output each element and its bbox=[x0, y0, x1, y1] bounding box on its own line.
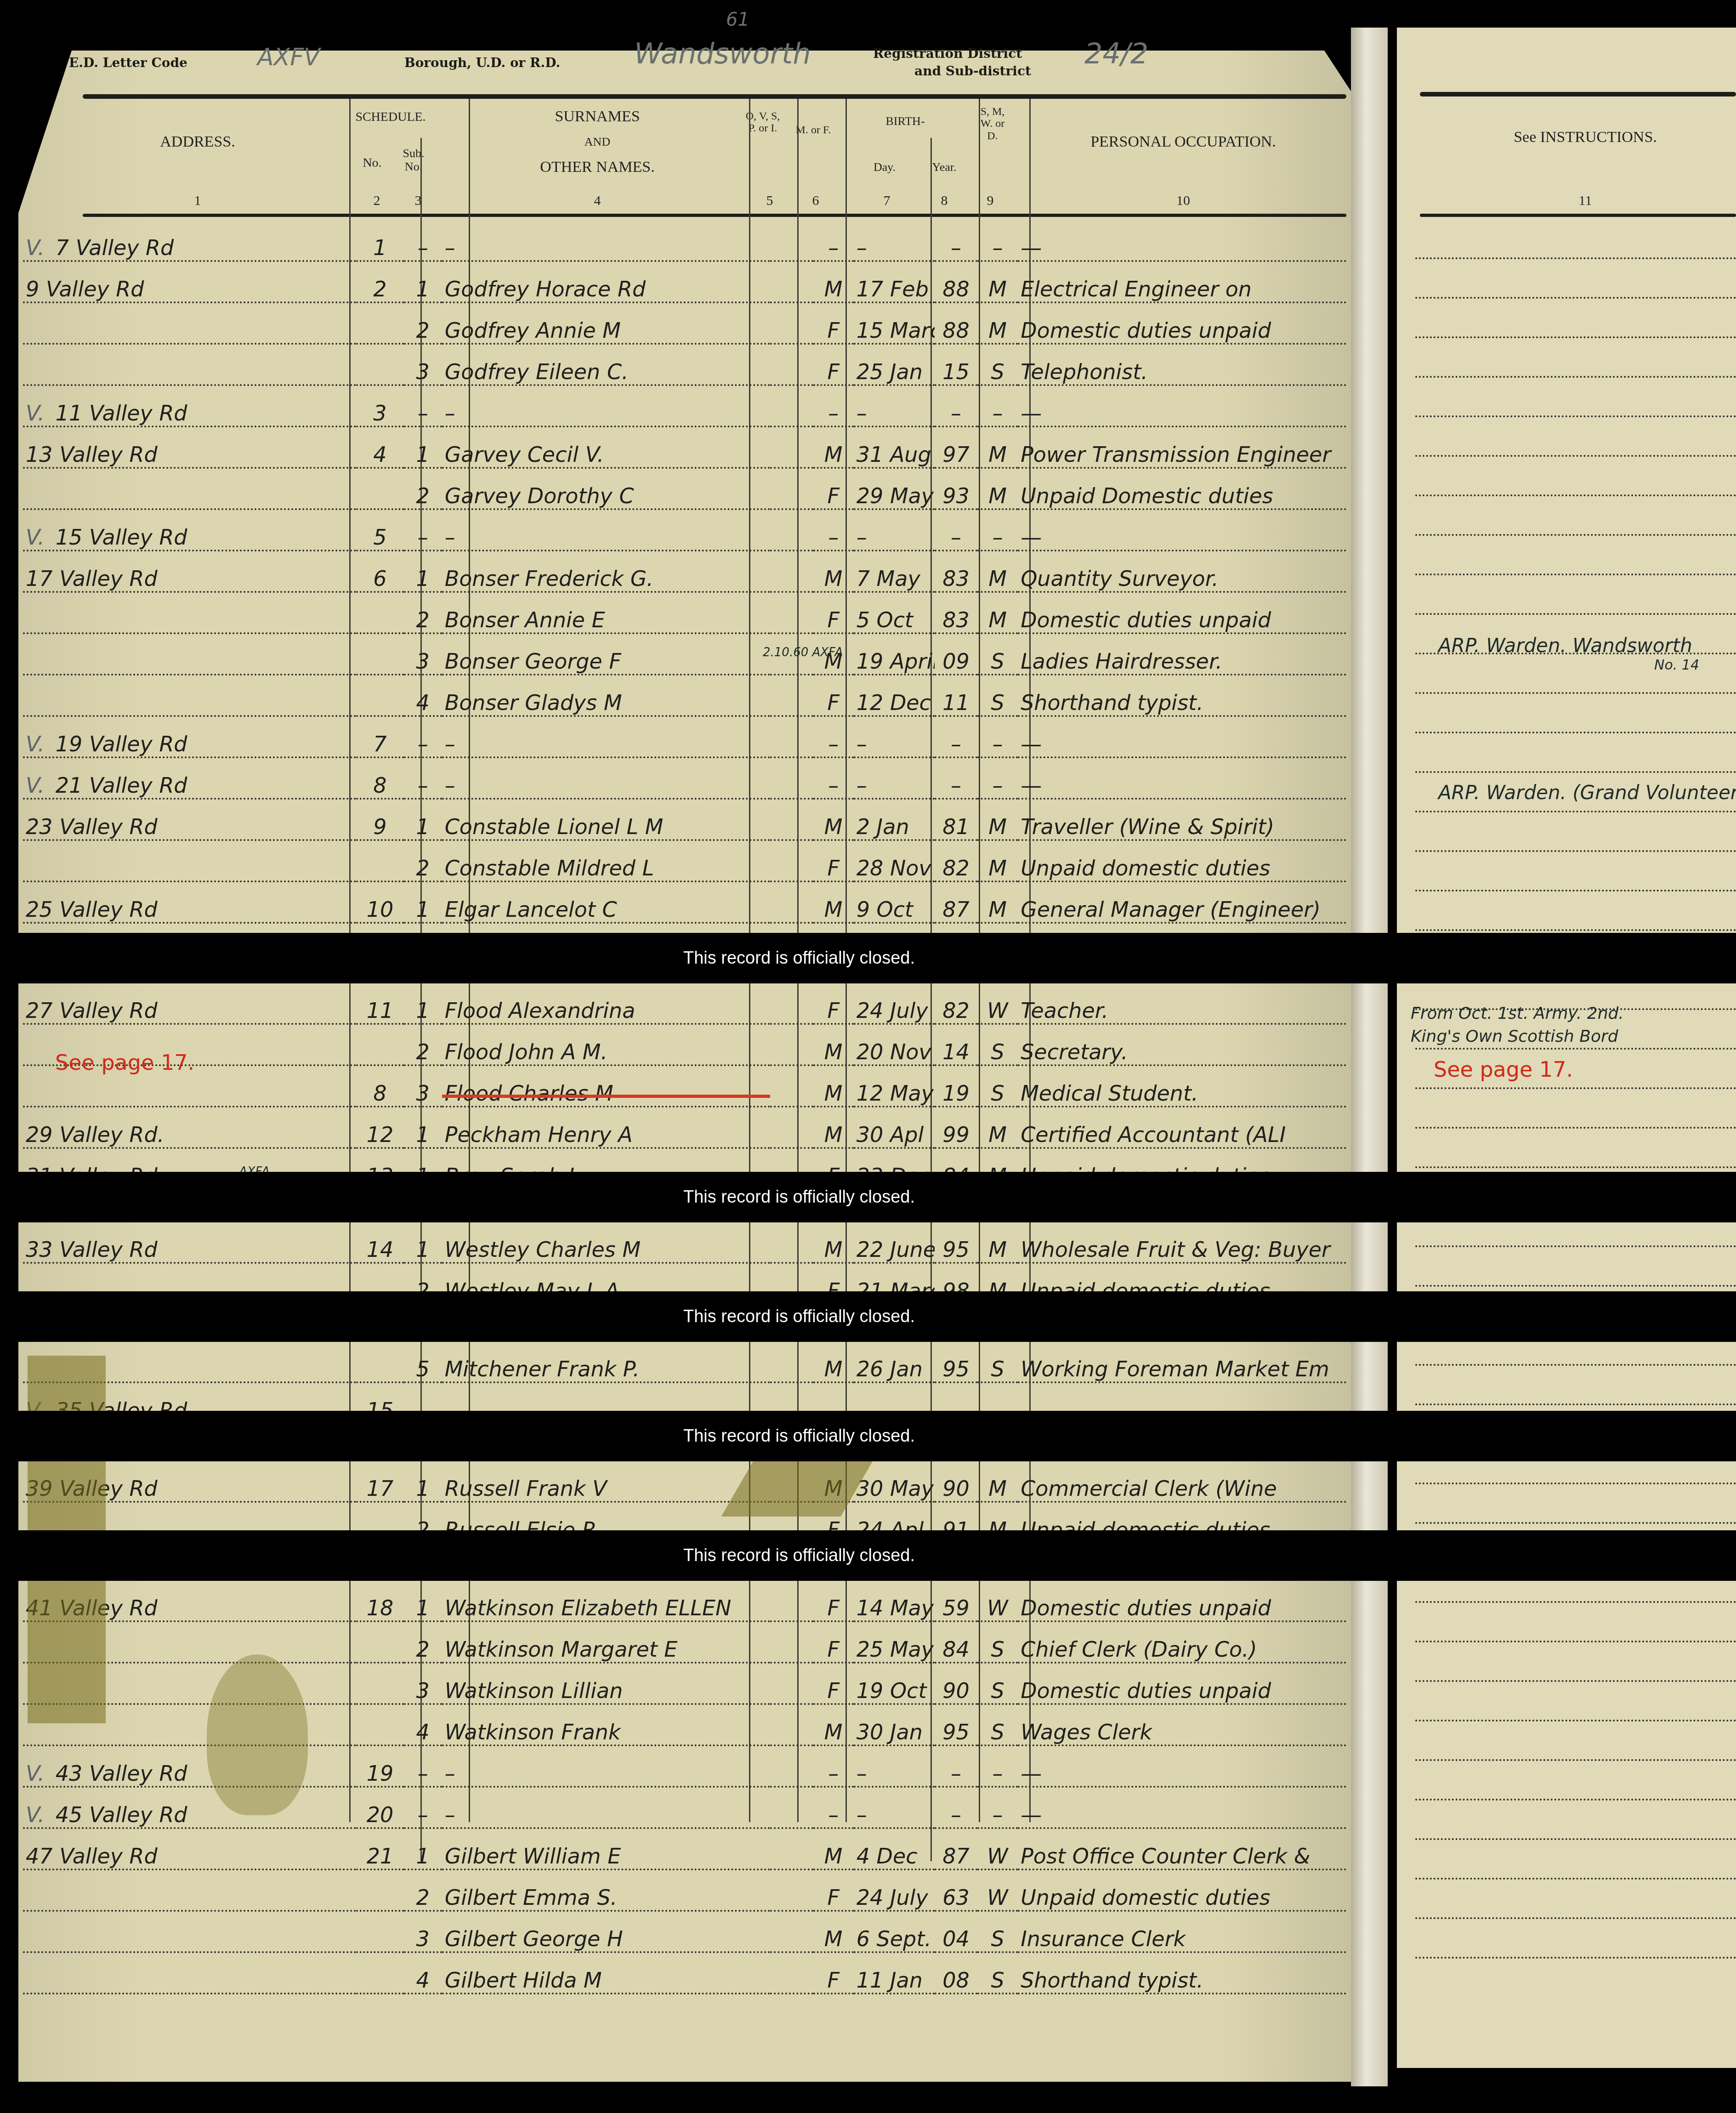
schedule-value: 11 bbox=[367, 998, 394, 1023]
cell-schedule bbox=[356, 1621, 404, 1663]
cell-sex: M bbox=[813, 551, 854, 592]
table-row: 25 Valley Rd101Elgar Lancelot CM9 Oct87M… bbox=[23, 881, 1346, 923]
ruled-line bbox=[1415, 1759, 1736, 1761]
col-schedule-no: No. bbox=[349, 156, 395, 170]
year-value: 87 bbox=[942, 897, 970, 922]
cell-sex: F bbox=[813, 983, 854, 1024]
cell-schedule bbox=[356, 592, 404, 633]
day-value: 25 Jan bbox=[857, 359, 923, 384]
condition-value: S bbox=[991, 1637, 1004, 1662]
day-value: 15 March bbox=[857, 318, 935, 343]
cell-occupation: — bbox=[1018, 509, 1346, 551]
cell-occupation: Power Transmission Engineer bbox=[1018, 426, 1346, 468]
cell-schedule: 19 bbox=[356, 1745, 404, 1787]
sex-value: – bbox=[828, 401, 839, 426]
cell-name: Russell Frank V bbox=[442, 1461, 771, 1502]
cell-name: Godfrey Horace Rd bbox=[442, 261, 771, 302]
day-value: – bbox=[857, 525, 867, 550]
cell-year: 08 bbox=[935, 1952, 977, 1994]
cell-occupation: Domestic duties unpaid bbox=[1018, 1581, 1346, 1621]
condition-value: M bbox=[988, 608, 1007, 632]
cell-address bbox=[23, 344, 356, 385]
cell-schedule: 17 bbox=[356, 1461, 404, 1502]
cell-occupation: Domestic duties unpaid bbox=[1018, 1663, 1346, 1704]
name-value: Constable Mildred L bbox=[445, 856, 654, 880]
cell-occupation: Commercial Clerk (Wine bbox=[1018, 1461, 1346, 1502]
sex-value: – bbox=[828, 1802, 839, 1827]
borough-label: Borough, U.D. or R.D. bbox=[404, 55, 560, 70]
cell-ovspi bbox=[770, 1952, 813, 1994]
cell-sub: 2 bbox=[404, 468, 442, 509]
table-row: 3Gilbert George HM6 Sept.04SInsurance Cl… bbox=[23, 1911, 1346, 1952]
sex-value: M bbox=[824, 566, 843, 591]
sex-value: F bbox=[827, 483, 839, 508]
cell-condition: S bbox=[977, 1663, 1018, 1704]
closed-record-bar: This record is officially closed. bbox=[0, 1411, 1736, 1461]
ruled-line bbox=[1415, 850, 1736, 852]
cell-schedule bbox=[356, 1952, 404, 1994]
cell-address bbox=[23, 675, 356, 716]
cell-sub: – bbox=[404, 1745, 442, 1787]
year-value: 99 bbox=[942, 1122, 970, 1147]
name-value: Godfrey Annie M bbox=[445, 318, 621, 343]
condition-value: M bbox=[988, 483, 1007, 508]
sub-value: – bbox=[418, 732, 428, 756]
cell-year: 19 bbox=[935, 1065, 977, 1107]
name-value: – bbox=[445, 732, 455, 756]
col-sex: M. or F. bbox=[795, 124, 832, 136]
occupation-value: — bbox=[1021, 525, 1042, 550]
name-value: Gilbert Hilda M bbox=[445, 1968, 602, 1993]
cell-condition: M bbox=[977, 840, 1018, 881]
col-num-3: 3 bbox=[404, 193, 432, 209]
cell-occupation: Unpaid domestic duties bbox=[1018, 840, 1346, 881]
cell-schedule: 20 bbox=[356, 1787, 404, 1828]
cell-schedule bbox=[356, 1911, 404, 1952]
cell-year: 11 bbox=[935, 675, 977, 716]
cell-schedule bbox=[356, 1704, 404, 1745]
annotation-flood-army-2: King's Own Scottish Bord bbox=[1411, 1027, 1618, 1046]
schedule-value: 17 bbox=[367, 1476, 394, 1501]
sex-value: F bbox=[827, 1678, 839, 1703]
day-value: 29 May bbox=[857, 483, 934, 508]
cell-name: Elgar Lancelot C bbox=[442, 881, 771, 923]
occupation-value: Traveller (Wine & Spirit) bbox=[1021, 814, 1274, 839]
registration-district-label: Registration District bbox=[873, 46, 1022, 61]
cell-day: 28 Nov bbox=[854, 840, 935, 881]
registration-district-value: 24/2 bbox=[1084, 37, 1148, 70]
table-row: V.11 Valley Rd3––––––— bbox=[23, 385, 1346, 426]
condition-value: M bbox=[988, 442, 1007, 467]
name-value: Watkinson Margaret E bbox=[445, 1637, 678, 1662]
table-row: 47 Valley Rd211Gilbert William EM4 Dec87… bbox=[23, 1828, 1346, 1869]
schedule-value: 7 bbox=[373, 732, 386, 756]
cell-year: 82 bbox=[935, 983, 977, 1024]
schedule-value: 10 bbox=[367, 897, 394, 922]
cell-condition: S bbox=[977, 1621, 1018, 1663]
occupation-value: Post Office Counter Clerk & bbox=[1021, 1844, 1311, 1869]
schedule-value: 12 bbox=[367, 1122, 394, 1147]
cell-ovspi bbox=[770, 344, 813, 385]
cell-ovspi bbox=[770, 1828, 813, 1869]
annotation-arp-warden-1b: No. 14 bbox=[1654, 657, 1699, 673]
condition-value: – bbox=[993, 525, 1003, 550]
sub-value: 2 bbox=[416, 318, 430, 343]
cell-address bbox=[23, 1869, 356, 1911]
condition-value: W bbox=[987, 1844, 1008, 1869]
col-num-7: 7 bbox=[855, 193, 919, 209]
cell-sub: 1 bbox=[404, 1828, 442, 1869]
day-value: 24 July bbox=[857, 998, 928, 1023]
occupation-value: Shorthand typist. bbox=[1021, 690, 1203, 715]
cell-sub: 1 bbox=[404, 1581, 442, 1621]
cell-sub: 4 bbox=[404, 1704, 442, 1745]
sub-value: 2 bbox=[416, 483, 430, 508]
ruled-line bbox=[1415, 376, 1736, 378]
cell-sub: – bbox=[404, 385, 442, 426]
cell-name: Watkinson Margaret E bbox=[442, 1621, 771, 1663]
name-value: Elgar Lancelot C bbox=[445, 897, 617, 922]
address-value: 29 Valley Rd. bbox=[26, 1122, 164, 1147]
cell-condition: W bbox=[977, 1581, 1018, 1621]
cell-year: 88 bbox=[935, 261, 977, 302]
year-value: 63 bbox=[942, 1885, 970, 1910]
cell-day: 30 Jan bbox=[854, 1704, 935, 1745]
cell-day: – bbox=[854, 1787, 935, 1828]
day-value: 12 May bbox=[857, 1081, 934, 1106]
day-value: 28 Nov bbox=[857, 856, 931, 880]
cell-condition: S bbox=[977, 1342, 1018, 1382]
cell-day: 30 Apl bbox=[854, 1107, 935, 1148]
sex-value: M bbox=[824, 1720, 843, 1744]
name-value: Russell Frank V bbox=[445, 1476, 607, 1501]
year-value: 88 bbox=[942, 277, 970, 301]
name-value: Godfrey Horace Rd bbox=[445, 277, 646, 301]
occupation-value: — bbox=[1021, 1761, 1042, 1786]
cell-occupation: Ladies Hairdresser. bbox=[1018, 633, 1346, 675]
cell-condition: S bbox=[977, 633, 1018, 675]
cell-name: Bonser George F bbox=[442, 633, 771, 675]
cell-sub: 3 bbox=[404, 1911, 442, 1952]
year-value: 19 bbox=[942, 1081, 970, 1106]
year-value: 97 bbox=[942, 442, 970, 467]
ruled-line bbox=[1415, 1601, 1736, 1603]
sub-value: 4 bbox=[416, 1720, 430, 1744]
col-num-11: 11 bbox=[1443, 193, 1728, 209]
table-row: 29 Valley Rd.121Peckham Henry AM30 Apl99… bbox=[23, 1107, 1346, 1148]
col-occupation: PERSONAL OCCUPATION. bbox=[1025, 133, 1342, 150]
schedule-value: 21 bbox=[367, 1844, 394, 1869]
cell-year: 87 bbox=[935, 1828, 977, 1869]
day-value: 7 May bbox=[857, 566, 920, 591]
cell-year: – bbox=[935, 221, 977, 261]
col-instructions: See INSTRUCTIONS. bbox=[1443, 129, 1728, 146]
cell-year: – bbox=[935, 757, 977, 799]
cell-ovspi bbox=[770, 840, 813, 881]
ruled-line bbox=[1415, 1720, 1736, 1721]
year-value: 84 bbox=[942, 1637, 970, 1662]
address-value: 27 Valley Rd bbox=[26, 998, 158, 1023]
cell-sex: M bbox=[813, 1024, 854, 1065]
cell-occupation: Traveller (Wine & Spirit) bbox=[1018, 799, 1346, 840]
cell-sex: F bbox=[813, 592, 854, 633]
col-birth: BIRTH- bbox=[845, 115, 965, 128]
address-value: 7 Valley Rd bbox=[56, 235, 174, 260]
day-value: 19 Oct bbox=[857, 1678, 927, 1703]
address-value: 21 Valley Rd bbox=[56, 773, 187, 798]
occupation-value: Wholesale Fruit & Veg: Buyer bbox=[1021, 1237, 1330, 1262]
year-value: 90 bbox=[942, 1678, 970, 1703]
vacant-mark: V. bbox=[26, 1802, 45, 1827]
table-row: 83Flood Charles MM12 May19SMedical Stude… bbox=[23, 1065, 1346, 1107]
condition-value: S bbox=[991, 1357, 1004, 1381]
occupation-value: Domestic duties unpaid bbox=[1021, 1596, 1271, 1620]
address-value: 9 Valley Rd bbox=[26, 277, 144, 301]
name-value: Watkinson Frank bbox=[445, 1720, 621, 1744]
cell-year: – bbox=[935, 1787, 977, 1828]
day-value: 25 May bbox=[857, 1637, 934, 1662]
sub-value: 2 bbox=[416, 1637, 430, 1662]
ruled-line bbox=[1415, 1087, 1736, 1089]
cell-name: Watkinson Lillian bbox=[442, 1663, 771, 1704]
year-value: 11 bbox=[942, 690, 970, 715]
cell-name: Watkinson Frank bbox=[442, 1704, 771, 1745]
ruled-line bbox=[1415, 1838, 1736, 1840]
cell-name: – bbox=[442, 1787, 771, 1828]
cell-sex: F bbox=[813, 1952, 854, 1994]
year-value: 93 bbox=[942, 483, 970, 508]
cell-name: – bbox=[442, 221, 771, 261]
sex-value: M bbox=[824, 277, 843, 301]
cell-year: 99 bbox=[935, 1107, 977, 1148]
year-value: – bbox=[951, 1761, 961, 1786]
ruled-line bbox=[1415, 1364, 1736, 1366]
cell-ovspi bbox=[770, 881, 813, 923]
cell-sub: 2 bbox=[404, 1024, 442, 1065]
condition-value: – bbox=[993, 235, 1003, 260]
cell-sex: F bbox=[813, 302, 854, 344]
cell-address bbox=[23, 633, 356, 675]
cell-sex: – bbox=[813, 509, 854, 551]
table-row: 39 Valley Rd171Russell Frank VM30 May90M… bbox=[23, 1461, 1346, 1502]
annotation-arp-warden-2: ARP. Warden. (Grand Volunteer) bbox=[1438, 781, 1736, 804]
cell-condition: M bbox=[977, 302, 1018, 344]
cell-name: – bbox=[442, 1745, 771, 1787]
sub-value: 1 bbox=[416, 1237, 430, 1262]
cell-day: 19 Oct bbox=[854, 1663, 935, 1704]
cell-condition: S bbox=[977, 1911, 1018, 1952]
cell-ovspi bbox=[770, 261, 813, 302]
cell-sub: 1 bbox=[404, 261, 442, 302]
condition-value: M bbox=[988, 1237, 1007, 1262]
cell-sub: 1 bbox=[404, 1222, 442, 1263]
cell-sex: M bbox=[813, 426, 854, 468]
vacant-mark: V. bbox=[26, 773, 45, 798]
cell-ovspi bbox=[770, 509, 813, 551]
day-value: 5 Oct bbox=[857, 608, 913, 632]
condition-value: M bbox=[988, 318, 1007, 343]
col-num-8: 8 bbox=[928, 193, 960, 209]
sub-value: – bbox=[418, 1802, 428, 1827]
cell-condition: M bbox=[977, 592, 1018, 633]
day-value: 20 Nov bbox=[857, 1039, 931, 1064]
day-value: 30 Jan bbox=[857, 1720, 923, 1744]
address-value: 11 Valley Rd bbox=[56, 401, 187, 426]
ruled-line bbox=[1415, 574, 1736, 575]
ruled-line bbox=[1415, 415, 1736, 417]
cell-condition: M bbox=[977, 1222, 1018, 1263]
cell-condition: W bbox=[977, 1869, 1018, 1911]
condition-value: M bbox=[988, 856, 1007, 880]
cell-ovspi bbox=[770, 1621, 813, 1663]
cell-day: – bbox=[854, 509, 935, 551]
cell-sex: – bbox=[813, 716, 854, 757]
table-row: 2Gilbert Emma S.F24 July63WUnpaid domest… bbox=[23, 1869, 1346, 1911]
table-row: 2Garvey Dorothy CF29 May93MUnpaid Domest… bbox=[23, 468, 1346, 509]
sub-value: 4 bbox=[416, 1968, 430, 1993]
cell-occupation: — bbox=[1018, 1745, 1346, 1787]
header-rule bbox=[83, 94, 1346, 99]
cell-name: Gilbert William E bbox=[442, 1828, 771, 1869]
address-value: 17 Valley Rd bbox=[26, 566, 158, 591]
cell-occupation: — bbox=[1018, 1787, 1346, 1828]
sex-value: M bbox=[824, 1844, 843, 1869]
cell-ovspi bbox=[770, 1065, 813, 1107]
sex-value: F bbox=[827, 1968, 839, 1993]
col-schedule: SCHEDULE. bbox=[349, 110, 432, 125]
address-value: 19 Valley Rd bbox=[56, 732, 187, 756]
cell-sex: – bbox=[813, 385, 854, 426]
cell-address: 9 Valley Rd bbox=[23, 261, 356, 302]
cell-year: 93 bbox=[935, 468, 977, 509]
day-value: 14 May bbox=[857, 1596, 934, 1620]
closed-record-label: This record is officially closed. bbox=[683, 1426, 915, 1446]
occupation-value: Shorthand typist. bbox=[1021, 1968, 1203, 1993]
cell-schedule: 14 bbox=[356, 1222, 404, 1263]
occupation-value: Working Foreman Market Em bbox=[1021, 1357, 1329, 1381]
day-value: – bbox=[857, 401, 867, 426]
sub-value: 1 bbox=[416, 814, 430, 839]
cell-day: – bbox=[854, 385, 935, 426]
condition-value: – bbox=[993, 773, 1003, 798]
cell-ovspi bbox=[770, 426, 813, 468]
cell-sub: – bbox=[404, 716, 442, 757]
sex-value: F bbox=[827, 1596, 839, 1620]
occupation-value: Telephonist. bbox=[1021, 359, 1148, 384]
column-number-rule bbox=[83, 214, 1346, 217]
cell-name: Bonser Frederick G. bbox=[442, 551, 771, 592]
cell-ovspi bbox=[770, 1745, 813, 1787]
name-value: Westley Charles M bbox=[445, 1237, 641, 1262]
cell-day: 12 May bbox=[854, 1065, 935, 1107]
name-value: Peckham Henry A bbox=[445, 1122, 633, 1147]
ruled-line bbox=[1415, 1522, 1736, 1524]
cell-occupation: Domestic duties unpaid bbox=[1018, 302, 1346, 344]
cell-year: 82 bbox=[935, 840, 977, 881]
cell-address: V.11 Valley Rd bbox=[23, 385, 356, 426]
table-row: 33 Valley Rd141Westley Charles MM22 June… bbox=[23, 1222, 1346, 1263]
condition-value: S bbox=[991, 1081, 1004, 1106]
year-value: 95 bbox=[942, 1720, 970, 1744]
cell-occupation: Wages Clerk bbox=[1018, 1704, 1346, 1745]
address-value: 33 Valley Rd bbox=[26, 1237, 158, 1262]
address-value: 15 Valley Rd bbox=[56, 525, 187, 550]
cell-year: 14 bbox=[935, 1024, 977, 1065]
cell-schedule: 8 bbox=[356, 757, 404, 799]
cell-condition: W bbox=[977, 983, 1018, 1024]
condition-value: – bbox=[993, 1802, 1003, 1827]
schedule-value: 9 bbox=[373, 814, 386, 839]
col-birth-day: Day. bbox=[845, 161, 924, 174]
name-value: Flood Charles M bbox=[445, 1081, 613, 1106]
cell-occupation: Unpaid domestic duties bbox=[1018, 1869, 1346, 1911]
annotation-see-page-right: See page 17. bbox=[1434, 1057, 1573, 1082]
cell-condition: – bbox=[977, 1745, 1018, 1787]
cell-name: – bbox=[442, 509, 771, 551]
cell-ovspi bbox=[770, 302, 813, 344]
cell-sub: 1 bbox=[404, 1107, 442, 1148]
table-row: 9 Valley Rd21Godfrey Horace RdM17 Feb88M… bbox=[23, 261, 1346, 302]
cell-condition: M bbox=[977, 468, 1018, 509]
name-value: Gilbert William E bbox=[445, 1844, 621, 1869]
sub-value: 2 bbox=[416, 1039, 430, 1064]
condition-value: M bbox=[988, 1476, 1007, 1501]
schedule-value: 5 bbox=[373, 525, 386, 550]
cell-year: 95 bbox=[935, 1222, 977, 1263]
cell-sub: – bbox=[404, 221, 442, 261]
occupation-value: Insurance Clerk bbox=[1021, 1926, 1186, 1951]
year-value: 82 bbox=[942, 998, 970, 1023]
table-row: 3Bonser George FM19 April09SLadies Haird… bbox=[23, 633, 1346, 675]
ed-letter-code-value: AXFV bbox=[257, 44, 320, 71]
sex-value: – bbox=[828, 773, 839, 798]
name-value: – bbox=[445, 235, 455, 260]
vacant-mark: V. bbox=[26, 401, 45, 426]
year-value: 59 bbox=[942, 1596, 970, 1620]
sub-value: 1 bbox=[416, 1596, 430, 1620]
col-num-5: 5 bbox=[754, 193, 786, 209]
condition-value: S bbox=[991, 1926, 1004, 1951]
cell-schedule: 21 bbox=[356, 1828, 404, 1869]
cell-day: 24 July bbox=[854, 1869, 935, 1911]
closed-record-bar: This record is officially closed. bbox=[0, 1530, 1736, 1581]
cell-schedule: 10 bbox=[356, 881, 404, 923]
year-value: 81 bbox=[942, 814, 970, 839]
year-value: – bbox=[951, 401, 961, 426]
cell-sub: 5 bbox=[404, 1342, 442, 1382]
table-row: 5Mitchener Frank P.M26 Jan95SWorking For… bbox=[23, 1342, 1346, 1382]
name-value: Garvey Cecil V. bbox=[445, 442, 604, 467]
occupation-value: Domestic duties unpaid bbox=[1021, 318, 1271, 343]
cell-day: 29 May bbox=[854, 468, 935, 509]
occupation-value: Quantity Surveyor. bbox=[1021, 566, 1219, 591]
ruled-line bbox=[1415, 692, 1736, 694]
cell-address bbox=[23, 468, 356, 509]
cell-sex: – bbox=[813, 1745, 854, 1787]
book-spine-gutter bbox=[1351, 28, 1388, 2086]
closed-record-bar: This record is officially closed. bbox=[0, 1291, 1736, 1342]
name-value: – bbox=[445, 773, 455, 798]
address-value: 25 Valley Rd bbox=[26, 897, 158, 922]
cell-day: 24 July bbox=[854, 983, 935, 1024]
cell-address bbox=[23, 1911, 356, 1952]
cell-year: 84 bbox=[935, 1621, 977, 1663]
cell-sub: – bbox=[404, 1787, 442, 1828]
col-other-names: OTHER NAMES. bbox=[441, 159, 754, 176]
table-row: 2Bonser Annie EF5 Oct83MDomestic duties … bbox=[23, 592, 1346, 633]
schedule-value: 14 bbox=[367, 1237, 394, 1262]
cell-sex: M bbox=[813, 1107, 854, 1148]
